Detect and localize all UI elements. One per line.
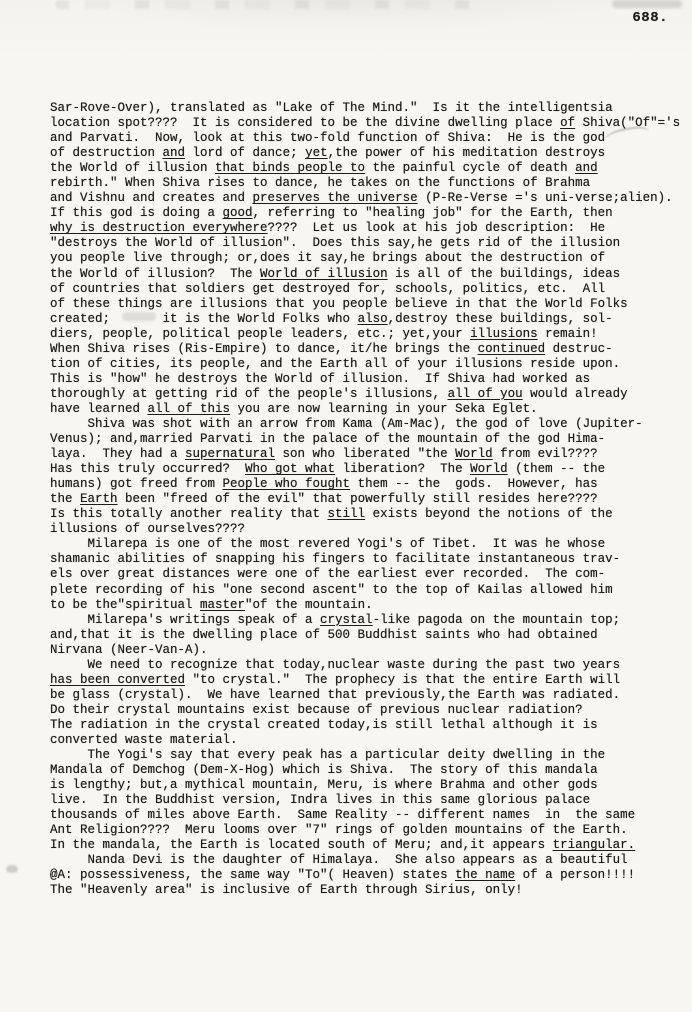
text-segment: Milarepa's writings speak of a (50, 613, 320, 627)
left-margin-mark (6, 865, 18, 873)
underlined-text: also (358, 312, 388, 326)
text-segment: is lengthy; but,a mythical mountain, Mer… (50, 778, 598, 792)
text-segment: This is "how" he destroys the World of i… (50, 372, 590, 386)
text-line: In the mandala, the Earth is located sou… (50, 838, 690, 853)
text-segment: of a person!!!! (515, 868, 635, 882)
text-segment: and Parvati. Now, look at this two-fold … (50, 131, 605, 145)
text-segment: and,that it is the dwelling place of 500… (50, 628, 598, 642)
text-segment: If this god is doing a (50, 206, 223, 220)
text-line: laya. They had a supernatural son who li… (50, 447, 690, 462)
text-line: shamanic abilities of snapping his finge… (50, 552, 690, 567)
underlined-text: continued (478, 342, 546, 356)
text-line: els over great distances were one of the… (50, 567, 690, 582)
underlined-text: preserves the universe (253, 191, 418, 205)
underlined-text: Earth (80, 492, 118, 506)
text-line: Ant Religion???? Meru looms over "7" rin… (50, 823, 690, 838)
text-segment: "of the mountain. (245, 598, 373, 612)
underlined-text: all of this (148, 402, 231, 416)
text-line: diers, people, political people leaders,… (50, 327, 690, 342)
text-segment: the World of illusion? The (50, 267, 260, 281)
text-line: you people live through; or,does it say,… (50, 251, 690, 266)
text-line: Has this truly occurred? Who got what li… (50, 462, 690, 477)
text-segment: of countries that soldiers get destroyed… (50, 282, 605, 296)
underlined-text: all of you (448, 387, 523, 401)
underlined-text: and (163, 146, 186, 160)
underlined-text: illusions (470, 327, 538, 341)
text-line: Shiva was shot with an arrow from Kama (… (50, 417, 690, 432)
text-line: rebirth." When Shiva rises to dance, he … (50, 176, 690, 191)
text-segment: The "Heavenly area" is inclusive of Eart… (50, 883, 523, 897)
text-line: If this god is doing a good, referring t… (50, 206, 690, 221)
text-segment: thoroughly at getting rid of the people'… (50, 387, 448, 401)
underlined-text: supernatural (185, 447, 275, 461)
text-segment: the World of illusion (50, 161, 215, 175)
text-segment: thousands of miles above Earth. Same Rea… (50, 808, 635, 822)
text-segment: Ant Religion???? Meru looms over "7" rin… (50, 823, 628, 837)
text-line: location spot???? It is considered to be… (50, 116, 690, 131)
text-line: plete recording of his "one second ascen… (50, 583, 690, 598)
text-segment: Has this truly occurred? (50, 462, 245, 476)
text-line: has been converted "to crystal." The pro… (50, 673, 690, 688)
scan-smudge-top-right (612, 0, 682, 8)
text-line: converted waste material. (50, 733, 690, 748)
text-segment: would already (523, 387, 628, 401)
text-line: @A: possessiveness, the same way "To"( H… (50, 868, 690, 883)
text-segment: Milarepa is one of the most revered Yogi… (50, 537, 605, 551)
underlined-text: World (470, 462, 508, 476)
text-line: The radiation in the crystal created tod… (50, 718, 690, 733)
text-line: When Shiva rises (Ris-Empire) to dance, … (50, 342, 690, 357)
text-line: Milarepa's writings speak of a crystal-l… (50, 613, 690, 628)
text-segment: lord of dance; (185, 146, 305, 160)
text-segment: illusions of ourselves???? (50, 522, 245, 536)
text-segment: of these things are illusions that you p… (50, 297, 628, 311)
text-line: The "Heavenly area" is inclusive of Eart… (50, 883, 690, 898)
text-segment: location spot???? It is considered to be… (50, 116, 560, 130)
text-segment: and Vishnu and creates and (50, 191, 253, 205)
text-segment: rebirth." When Shiva rises to dance, he … (50, 176, 590, 190)
text-segment: (P-Re-Verse ='s uni-verse;alien). (418, 191, 673, 205)
underlined-text: World (455, 447, 493, 461)
text-segment: The Yogi's say that every peak has a par… (50, 748, 605, 762)
text-segment: tion of cities, its people, and the Eart… (50, 357, 620, 371)
text-segment: , referring to "healing job" for the Ear… (253, 206, 613, 220)
text-line: the World of illusion? The World of illu… (50, 267, 690, 282)
text-segment: the painful cycle of death (365, 161, 575, 175)
text-segment: "destroys the World of illusion". Does t… (50, 236, 620, 250)
text-segment: Sar-Rove-Over), translated as "Lake of T… (50, 101, 613, 115)
text-segment: you people live through; or,does it say,… (50, 251, 605, 265)
underlined-text: People who fought (223, 477, 351, 491)
underlined-text: and (575, 161, 598, 175)
text-segment: destruc- (545, 342, 613, 356)
text-segment: ,destroy these buildings, sol- (388, 312, 613, 326)
text-segment: laya. They had a (50, 447, 185, 461)
text-segment: have learned (50, 402, 148, 416)
text-line: Nirvana (Neer-Van-A). (50, 643, 690, 658)
text-segment: Venus); and,married Parvati in the palac… (50, 432, 605, 446)
text-segment: (them -- the (508, 462, 606, 476)
text-line: created; it is the World Folks who also,… (50, 312, 690, 327)
text-line: humans) got freed from People who fought… (50, 477, 690, 492)
scanned-page: 688. Sar-Rove-Over), translated as "Lake… (0, 0, 692, 1012)
text-segment: The radiation in the crystal created tod… (50, 718, 598, 732)
text-line: The Yogi's say that every peak has a par… (50, 748, 690, 763)
text-segment: liberation? The (335, 462, 470, 476)
text-line: Sar-Rove-Over), translated as "Lake of T… (50, 101, 690, 116)
text-line: have learned all of this you are now lea… (50, 402, 690, 417)
text-segment: the (50, 492, 80, 506)
text-line: Venus); and,married Parvati in the palac… (50, 432, 690, 447)
text-segment: "to crystal." The prophecy is that the e… (185, 673, 620, 687)
text-segment: Shiva("Of"='s (575, 116, 680, 130)
underlined-text: the name (455, 868, 515, 882)
text-segment: shamanic abilities of snapping his finge… (50, 552, 620, 566)
text-line: and Parvati. Now, look at this two-fold … (50, 131, 690, 146)
text-segment: Do their crystal mountains exist because… (50, 703, 583, 717)
text-line: This is "how" he destroys the World of i… (50, 372, 690, 387)
underlined-text: still (328, 507, 366, 521)
text-segment: converted waste material. (50, 733, 238, 747)
text-line: We need to recognize that today,nuclear … (50, 658, 690, 673)
text-segment: ,the power of his meditation destroys (328, 146, 606, 160)
text-segment: ???? Let us look at his job description:… (268, 221, 606, 235)
text-segment: -like pagoda on the mountain top; (373, 613, 621, 627)
underlined-text: of (560, 116, 575, 130)
text-segment: exists beyond the notions of the (365, 507, 613, 521)
text-segment: live. In the Buddhist version, Indra liv… (50, 793, 590, 807)
text-segment: We need to recognize that today,nuclear … (50, 658, 620, 672)
text-line: tion of cities, its people, and the Eart… (50, 357, 690, 372)
text-line: of countries that soldiers get destroyed… (50, 282, 690, 297)
text-line: why is destruction everywhere???? Let us… (50, 221, 690, 236)
text-segment: @A: possessiveness, the same way "To"( H… (50, 868, 455, 882)
text-segment: son who liberated "the (275, 447, 455, 461)
text-segment: from evil???? (493, 447, 598, 461)
text-segment: Is this totally another reality that (50, 507, 328, 521)
text-line: illusions of ourselves???? (50, 522, 690, 537)
text-line: be glass (crystal). We have learned that… (50, 688, 690, 703)
text-segment: diers, people, political people leaders,… (50, 327, 470, 341)
text-segment: of destruction (50, 146, 163, 160)
text-segment: Nirvana (Neer-Van-A). (50, 643, 208, 657)
text-line: and Vishnu and creates and preserves the… (50, 191, 690, 206)
page-number: 688. (632, 10, 668, 26)
text-segment: is all of the buildings, ideas (388, 267, 621, 281)
text-line: and,that it is the dwelling place of 500… (50, 628, 690, 643)
text-line: the World of illusion that binds people … (50, 161, 690, 176)
underlined-text: crystal (320, 613, 373, 627)
text-line: live. In the Buddhist version, Indra liv… (50, 793, 690, 808)
text-line: "destroys the World of illusion". Does t… (50, 236, 690, 251)
text-segment: Shiva was shot with an arrow from Kama (… (50, 417, 643, 431)
text-line: to be the"spiritual master"of the mounta… (50, 598, 690, 613)
underlined-text: World of illusion (260, 267, 388, 281)
text-line: of these things are illusions that you p… (50, 297, 690, 312)
scan-smudge-top (55, 0, 485, 9)
document-body: Sar-Rove-Over), translated as "Lake of T… (50, 101, 690, 898)
text-segment: plete recording of his "one second ascen… (50, 583, 613, 597)
text-segment: be glass (crystal). We have learned that… (50, 688, 620, 702)
underlined-text: triangular. (553, 838, 636, 852)
underlined-text: master (200, 598, 245, 612)
text-line: Milarepa is one of the most revered Yogi… (50, 537, 690, 552)
text-line: Mandala of Demchog (Dem-X-Hog) which is … (50, 763, 690, 778)
text-line: Do their crystal mountains exist because… (50, 703, 690, 718)
text-segment: you are now learning in your Seka Eglet. (230, 402, 538, 416)
text-segment: remain! (538, 327, 598, 341)
underlined-text: good (223, 206, 253, 220)
underlined-text: why is destruction everywhere (50, 221, 268, 235)
text-line: the Earth been "freed of the evil" that … (50, 492, 690, 507)
text-line: thoroughly at getting rid of the people'… (50, 387, 690, 402)
text-segment: Nanda Devi is the daughter of Himalaya. … (50, 853, 628, 867)
text-segment: Mandala of Demchog (Dem-X-Hog) which is … (50, 763, 598, 777)
text-line: Is this totally another reality that sti… (50, 507, 690, 522)
text-segment: them -- the gods. However, has (350, 477, 598, 491)
text-line: of destruction and lord of dance; yet,th… (50, 146, 690, 161)
text-segment: created; it is the World Folks who (50, 312, 358, 326)
text-segment: els over great distances were one of the… (50, 567, 605, 581)
text-segment: been "freed of the evil" that powerfully… (118, 492, 598, 506)
text-segment: humans) got freed from (50, 477, 223, 491)
underlined-text: yet (305, 146, 328, 160)
underlined-text: that binds people to (215, 161, 365, 175)
text-segment: In the mandala, the Earth is located sou… (50, 838, 553, 852)
text-line: thousands of miles above Earth. Same Rea… (50, 808, 690, 823)
text-segment: to be the"spiritual (50, 598, 200, 612)
text-segment: When Shiva rises (Ris-Empire) to dance, … (50, 342, 478, 356)
text-line: is lengthy; but,a mythical mountain, Mer… (50, 778, 690, 793)
underlined-text: Who got what (245, 462, 335, 476)
text-line: Nanda Devi is the daughter of Himalaya. … (50, 853, 690, 868)
underlined-text: has been converted (50, 673, 185, 687)
